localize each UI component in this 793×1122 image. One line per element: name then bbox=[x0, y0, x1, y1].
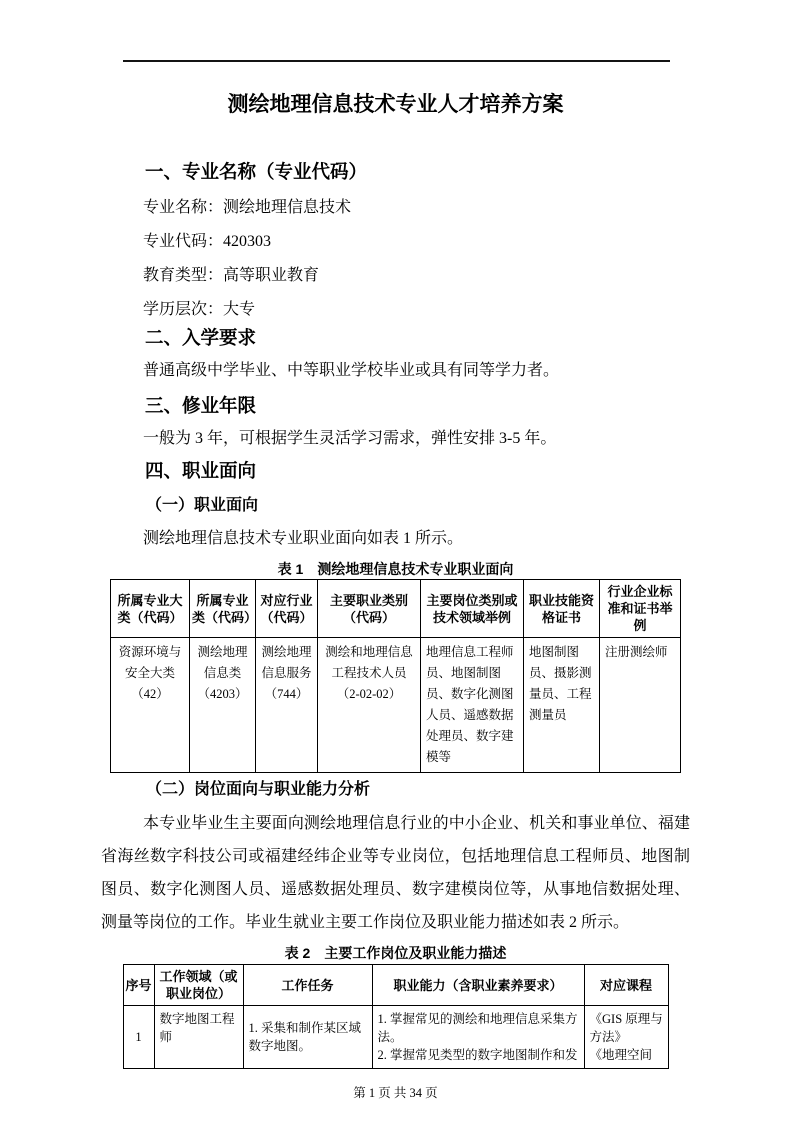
t1-cell-occupation-category: 测绘和地理信息工程技术人员（2-02-02） bbox=[318, 638, 421, 773]
t1-cell-industry: 测绘地理信息服务（744） bbox=[256, 638, 318, 773]
heading-section-3: 三、修业年限 bbox=[101, 394, 690, 418]
t2-cell-abilities: 1. 掌握常见的测绘和地理信息采集方法。 2. 掌握常见类型的数字地图制作和发 bbox=[372, 1006, 584, 1069]
document-page: 测绘地理信息技术专业人才培养方案 一、专业名称（专业代码） 专业名称：测绘地理信… bbox=[0, 0, 793, 1122]
t1-cell-standards-certificates: 注册测绘师 bbox=[600, 638, 681, 773]
t1-cell-major-category: 资源环境与安全大类（42） bbox=[111, 638, 190, 773]
t2-header-work-field: 工作领域（或职业岗位） bbox=[154, 965, 243, 1006]
t1-header-industry: 对应行业（代码） bbox=[256, 580, 318, 638]
table-1-career-orientation: 所属专业大类（代码） 所属专业类（代码） 对应行业（代码） 主要职业类别（代码）… bbox=[110, 579, 681, 773]
section-2-body: 普通高级中学毕业、中等职业学校毕业或具有同等学力者。 bbox=[101, 361, 690, 381]
t1-cell-skill-certificates: 地图制图员、摄影测量员、工程测量员 bbox=[524, 638, 600, 773]
t1-header-major-class: 所属专业类（代码） bbox=[190, 580, 256, 638]
field-degree-level: 学历层次：大专 bbox=[101, 300, 690, 320]
t1-header-major-category: 所属专业大类（代码） bbox=[111, 580, 190, 638]
t2-header-abilities: 职业能力（含职业素养要求） bbox=[372, 965, 584, 1006]
t1-cell-major-class: 测绘地理信息类（4203） bbox=[190, 638, 256, 773]
table-1-caption: 表 1 测绘地理信息技术专业职业面向 bbox=[101, 560, 690, 578]
section-4-sub-2-body: 本专业毕业生主要面向测绘地理信息行业的中小企业、机关和事业单位、福建省海丝数字科… bbox=[101, 807, 690, 939]
field-major-code: 专业代码：420303 bbox=[101, 232, 690, 252]
t2-cell-work-tasks: 1. 采集和制作某区域数字地图。 bbox=[243, 1006, 372, 1069]
t1-header-standards-certificates: 行业企业标准和证书举例 bbox=[600, 580, 681, 638]
table-2-caption: 表 2 主要工作岗位及职业能力描述 bbox=[101, 944, 690, 962]
table-2-job-abilities: 序号 工作领域（或职业岗位） 工作任务 职业能力（含职业素养要求） 对应课程 1… bbox=[123, 964, 669, 1069]
table-1-header-row: 所属专业大类（代码） 所属专业类（代码） 对应行业（代码） 主要职业类别（代码）… bbox=[111, 580, 681, 638]
t2-header-no: 序号 bbox=[123, 965, 154, 1006]
heading-section-4: 四、职业面向 bbox=[101, 459, 690, 483]
t2-cell-no: 1 bbox=[123, 1006, 154, 1069]
doc-title: 测绘地理信息技术专业人才培养方案 bbox=[101, 92, 690, 118]
t2-cell-work-field: 数字地图工程师 bbox=[154, 1006, 243, 1069]
table-1-data-row: 资源环境与安全大类（42） 测绘地理信息类（4203） 测绘地理信息服务（744… bbox=[111, 638, 681, 773]
table-2-data-row: 1 数字地图工程师 1. 采集和制作某区域数字地图。 1. 掌握常见的测绘和地理… bbox=[123, 1006, 668, 1069]
table-2-header-row: 序号 工作领域（或职业岗位） 工作任务 职业能力（含职业素养要求） 对应课程 bbox=[123, 965, 668, 1006]
heading-section-4-sub-1: （一）职业面向 bbox=[101, 495, 690, 516]
t2-cell-courses: 《GIS 原理与方法》 《地理空间 bbox=[584, 1006, 668, 1069]
section-4-sub-1-body: 测绘地理信息技术专业职业面向如表 1 所示。 bbox=[101, 529, 690, 549]
t1-cell-post-examples: 地理信息工程师员、地图制图员、数字化测图人员、遥感数据处理员、数字建模等 bbox=[421, 638, 524, 773]
t1-header-occupation-category: 主要职业类别（代码） bbox=[318, 580, 421, 638]
t1-header-skill-certificates: 职业技能资格证书 bbox=[524, 580, 600, 638]
field-major-name: 专业名称：测绘地理信息技术 bbox=[101, 198, 690, 218]
heading-section-2: 二、入学要求 bbox=[101, 326, 690, 350]
heading-section-1: 一、专业名称（专业代码） bbox=[101, 160, 690, 184]
field-education-type: 教育类型：高等职业教育 bbox=[101, 266, 690, 286]
t1-header-post-examples: 主要岗位类别或技术领域举例 bbox=[421, 580, 524, 638]
t2-header-courses: 对应课程 bbox=[584, 965, 668, 1006]
page-number-footer: 第 1 页 共 34 页 bbox=[101, 1083, 690, 1103]
header-rule bbox=[123, 60, 670, 62]
t2-header-work-tasks: 工作任务 bbox=[243, 965, 372, 1006]
section-3-body: 一般为 3 年，可根据学生灵活学习需求，弹性安排 3-5 年。 bbox=[101, 429, 690, 449]
heading-section-4-sub-2: （二）岗位面向与职业能力分析 bbox=[101, 779, 690, 800]
